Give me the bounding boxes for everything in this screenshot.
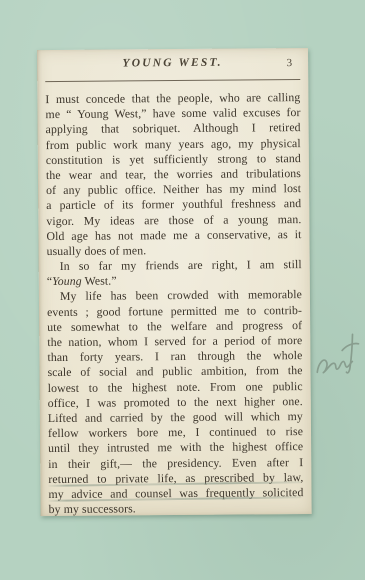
running-head: YOUNG WEST. xyxy=(45,56,300,70)
page-header: YOUNG WEST. 3 xyxy=(45,56,300,76)
book-cover-background: YOUNG WEST. 3 I must concede that the pe… xyxy=(0,0,365,580)
text-line: by my successors. xyxy=(49,500,304,517)
body-text: I must concede that the people, who are … xyxy=(45,90,303,517)
page-number: 3 xyxy=(287,57,293,69)
header-rule xyxy=(45,79,300,82)
scanned-page: YOUNG WEST. 3 I must concede that the pe… xyxy=(37,48,312,516)
pencil-scribble-annotation xyxy=(309,327,365,390)
